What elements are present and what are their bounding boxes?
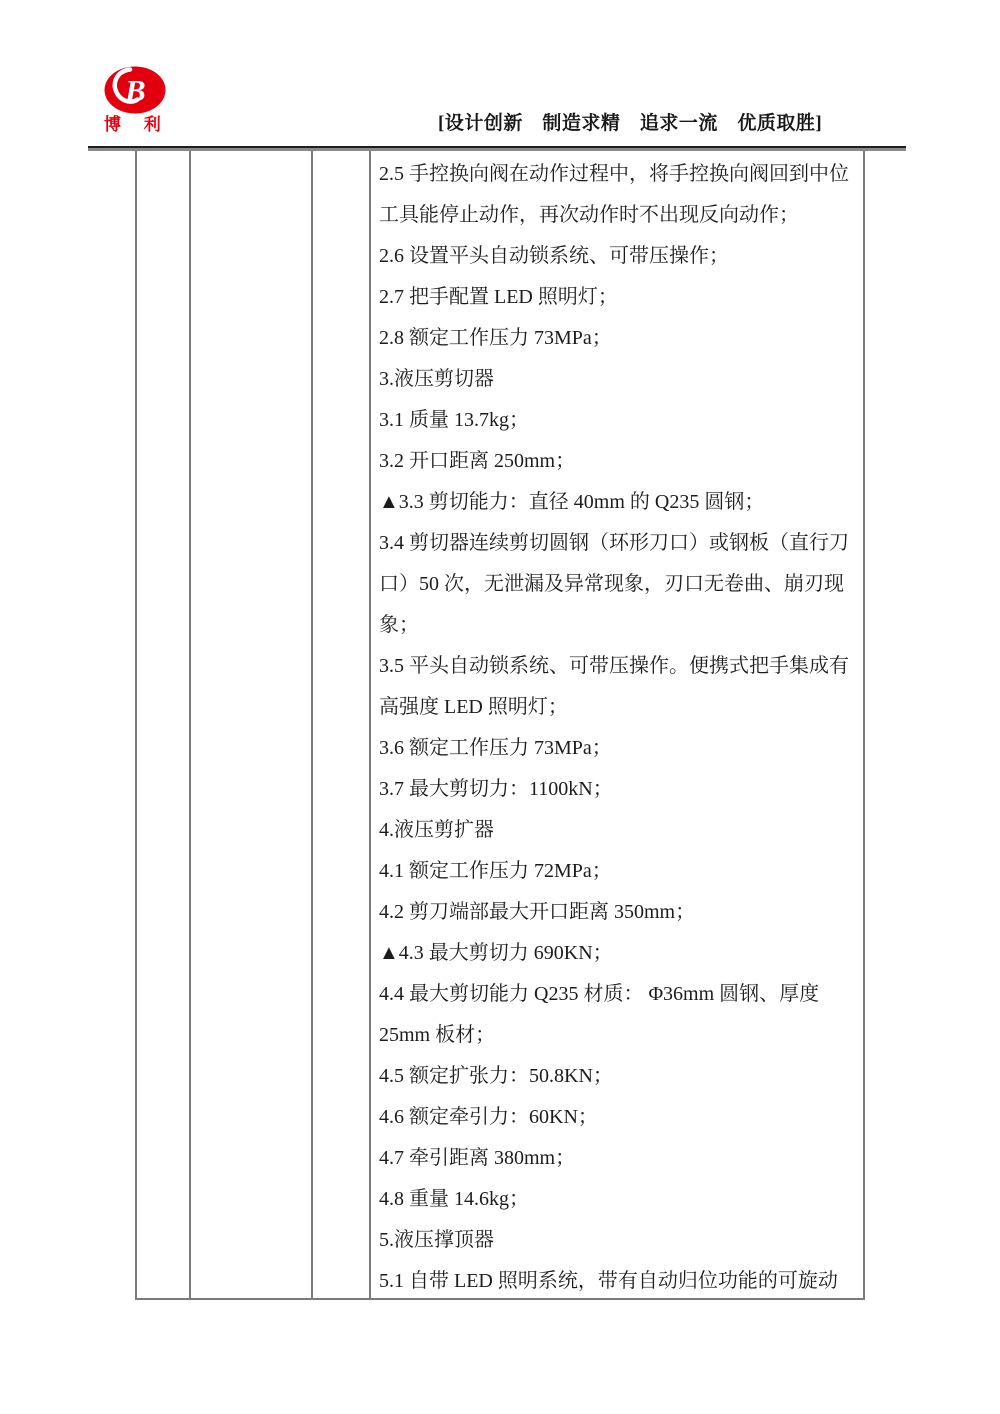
spec-line: 2.5 手控换向阀在动作过程中，将手控换向阀回到中位	[379, 154, 859, 195]
spec-line: 5.1 自带 LED 照明系统，带有自动归位功能的可旋动	[379, 1261, 859, 1298]
spec-line: 象；	[379, 605, 859, 646]
spec-line: 高强度 LED 照明灯；	[379, 687, 859, 728]
spec-line: 2.7 把手配置 LED 照明灯；	[379, 277, 859, 318]
spec-line: ▲4.3 最大剪切力 690KN；	[379, 933, 859, 974]
spec-line: 4.4 最大剪切能力 Q235 材质： Φ36mm 圆钢、厚度	[379, 974, 859, 1015]
spec-line: 4.1 额定工作压力 72MPa；	[379, 851, 859, 892]
table-column-specs: 2.5 手控换向阀在动作过程中，将手控换向阀回到中位 工具能停止动作，再次动作时…	[371, 151, 863, 1298]
spec-line: 工具能停止动作，再次动作时不出现反向动作；	[379, 195, 859, 236]
spec-line: 4.6 额定牵引力：60KN；	[379, 1097, 859, 1138]
spec-table: 2.5 手控换向阀在动作过程中，将手控换向阀回到中位 工具能停止动作，再次动作时…	[135, 151, 865, 1300]
spec-line: 4.5 额定扩张力：50.8KN；	[379, 1056, 859, 1097]
spec-line: 3.1 质量 13.7kg；	[379, 400, 859, 441]
spec-line: 5.液压撑顶器	[379, 1220, 859, 1261]
spec-line: 4.8 重量 14.6kg；	[379, 1179, 859, 1220]
spec-line: 25mm 板材；	[379, 1015, 859, 1056]
table-column-empty-1	[137, 151, 191, 1298]
spec-line: 3.2 开口距离 250mm；	[379, 441, 859, 482]
spec-line: 2.8 额定工作压力 73MPa；	[379, 318, 859, 359]
boli-logo-icon: B	[104, 66, 166, 114]
spec-line: 3.7 最大剪切力：1100kN；	[379, 769, 859, 810]
svg-text:B: B	[124, 73, 146, 108]
spec-line: 3.液压剪切器	[379, 359, 859, 400]
table-column-empty-2	[191, 151, 313, 1298]
spec-line: 3.6 额定工作压力 73MPa；	[379, 728, 859, 769]
company-slogan: [设计创新 制造求精 追求一流 优质取胜]	[438, 108, 822, 135]
spec-line: 3.5 平头自动锁系统、可带压操作。便携式把手集成有	[379, 646, 859, 687]
spec-line: 4.7 牵引距离 380mm；	[379, 1138, 859, 1179]
spec-line: ▲3.3 剪切能力：直径 40mm 的 Q235 圆钢；	[379, 482, 859, 523]
spec-line: 2.6 设置平头自动锁系统、可带压操作；	[379, 236, 859, 277]
spec-line: 3.4 剪切器连续剪切圆钢（环形刀口）或钢板（直行刀	[379, 523, 859, 564]
table-column-empty-3	[313, 151, 371, 1298]
spec-line: 口）50 次，无泄漏及异常现象，刃口无卷曲、崩刃现	[379, 564, 859, 605]
logo-text: 博 利	[104, 117, 184, 133]
spec-line: 4.液压剪扩器	[379, 810, 859, 851]
company-logo: B 博 利	[104, 66, 184, 133]
spec-line: 4.2 剪刀端部最大开口距离 350mm；	[379, 892, 859, 933]
